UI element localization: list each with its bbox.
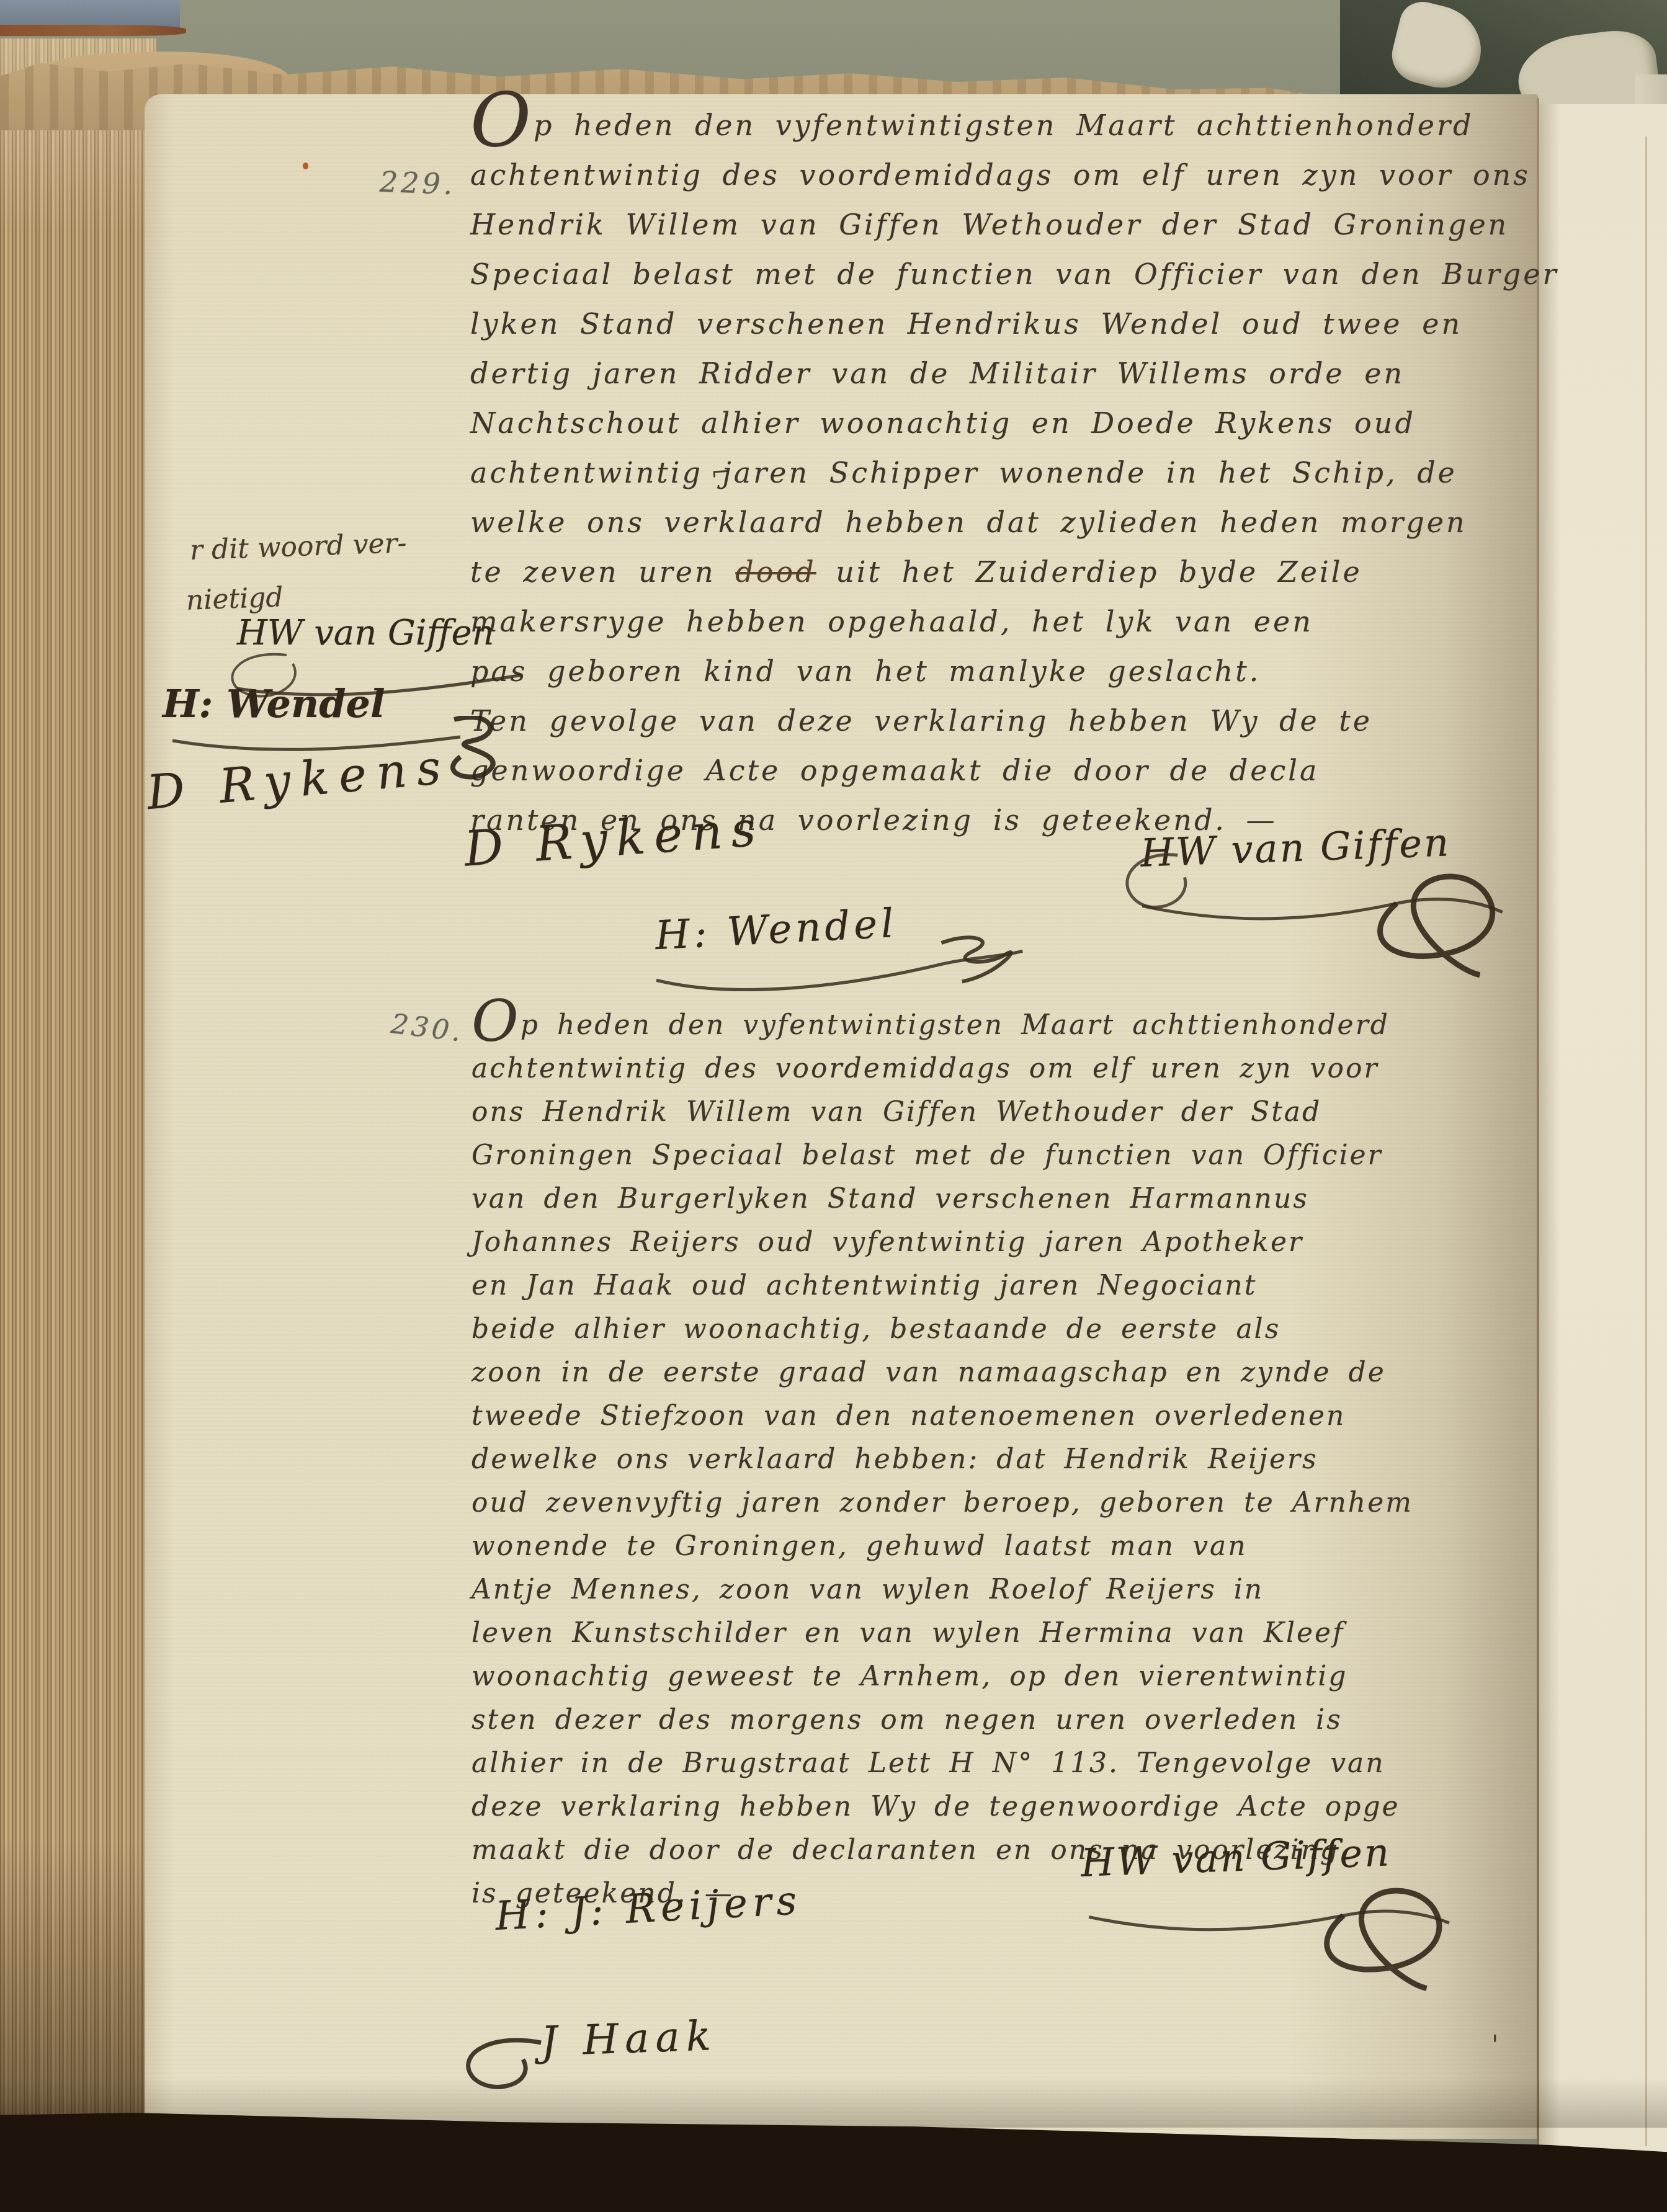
- stray-ink-mark: ': [1491, 2030, 1499, 2060]
- text-line: Ten gevolge van deze verklaring hebben W…: [470, 696, 1558, 746]
- text-line: Op heden den vyfentwintigsten Maart acht…: [471, 1004, 1413, 1047]
- text-line: Antje Mennes, zoon van wylen Roelof Reij…: [471, 1568, 1413, 1612]
- text-line: makersryge hebben opgehaald, het lyk van…: [470, 597, 1558, 646]
- page-stack-fore-edge: [0, 38, 156, 2185]
- text-line: van den Burgerlyken Stand verschenen Har…: [471, 1177, 1413, 1221]
- margin-signature-wendel: H: Wendel: [163, 681, 385, 726]
- text-line: te zeven uren dood uit het Zuiderdiep by…: [470, 547, 1558, 597]
- text-line: Nachtschout alhier woonachtig en Doede R…: [470, 398, 1558, 448]
- text-line: achtentwintig des voordemiddags om elf u…: [470, 150, 1558, 200]
- text-line: oud zevenvyftig jaren zonder beroep, geb…: [471, 1481, 1413, 1525]
- text-line: Hendrik Willem van Giffen Wethouder der …: [470, 200, 1558, 249]
- text-line: achtentwintig jaren Schipper wonende in …: [470, 448, 1558, 497]
- next-page-crease: [1645, 136, 1647, 2146]
- text-line: en Jan Haak oud achtentwintig jaren Nego…: [471, 1264, 1413, 1308]
- scanned-register-page: 229. Op heden den vyfentwintigsten Maart…: [0, 0, 1667, 2212]
- signature-text: HW van Giffen: [237, 613, 494, 653]
- text-line: beide alhier woonachtig, bestaande de ee…: [471, 1308, 1413, 1351]
- text-line: pas geboren kind van het manlyke geslach…: [470, 646, 1558, 696]
- text-line: wonende te Groningen, gehuwd laatst man …: [471, 1525, 1413, 1568]
- signature-text: J Haak: [540, 2012, 718, 2066]
- text-line: dertig jaren Ridder van de Militair Will…: [470, 349, 1558, 398]
- entry-number-229: 229.: [379, 165, 456, 201]
- text-line: dewelke ons verklaard hebben: dat Hendri…: [471, 1438, 1413, 1481]
- text-line: Johannes Reijers oud vyfentwintig jaren …: [471, 1221, 1413, 1264]
- text-line: ons Hendrik Willem van Giffen Wethouder …: [471, 1090, 1413, 1134]
- text-line: genwoordige Acte opgemaakt die door de d…: [470, 746, 1558, 795]
- text-line: sten dezer des morgens om negen uren ove…: [471, 1698, 1413, 1742]
- text-line: tweede Stiefzoon van den natenoemenen ov…: [471, 1394, 1413, 1438]
- text-line: welke ons verklaard hebben dat zylieden …: [470, 497, 1558, 547]
- signature-text: H: Wendel: [163, 681, 385, 726]
- text-line: Speciaal belast met de functien van Offi…: [470, 249, 1558, 299]
- paper-speck: [303, 163, 308, 169]
- struck-word: dood: [735, 555, 816, 589]
- cover-rust-edge: [0, 25, 186, 36]
- text-line: Groningen Speciaal belast met de functie…: [471, 1134, 1413, 1177]
- entry-229-text: Op heden den vyfentwintigsten Maart acht…: [470, 100, 1558, 845]
- text-line: lyken Stand verschenen Hendrikus Wendel …: [470, 299, 1558, 349]
- text-line: alhier in de Brugstraat Lett H N° 113. T…: [471, 1742, 1413, 1785]
- text-line: Op heden den vyfentwintigsten Maart acht…: [470, 100, 1558, 150]
- margin-annotation-line: nietigd: [185, 581, 284, 616]
- text-line: deze verklaring hebben Wy de tegenwoordi…: [471, 1785, 1413, 1829]
- signature-haak-entry230: J Haak: [540, 2012, 718, 2066]
- entry-230-text: Op heden den vyfentwintigsten Maart acht…: [471, 1004, 1413, 1915]
- text-line: woonachtig geweest te Arnhem, op den vie…: [471, 1655, 1413, 1698]
- text-line: zoon in de eerste graad van namaagschap …: [471, 1351, 1413, 1394]
- text-line: leven Kunstschilder en van wylen Hermina…: [471, 1612, 1413, 1655]
- margin-signature-vangiffen: HW van Giffen: [237, 613, 494, 653]
- insertion-caret-mark: ⌐: [710, 460, 731, 486]
- text-line: achtentwintig des voordemiddags om elf u…: [471, 1047, 1413, 1090]
